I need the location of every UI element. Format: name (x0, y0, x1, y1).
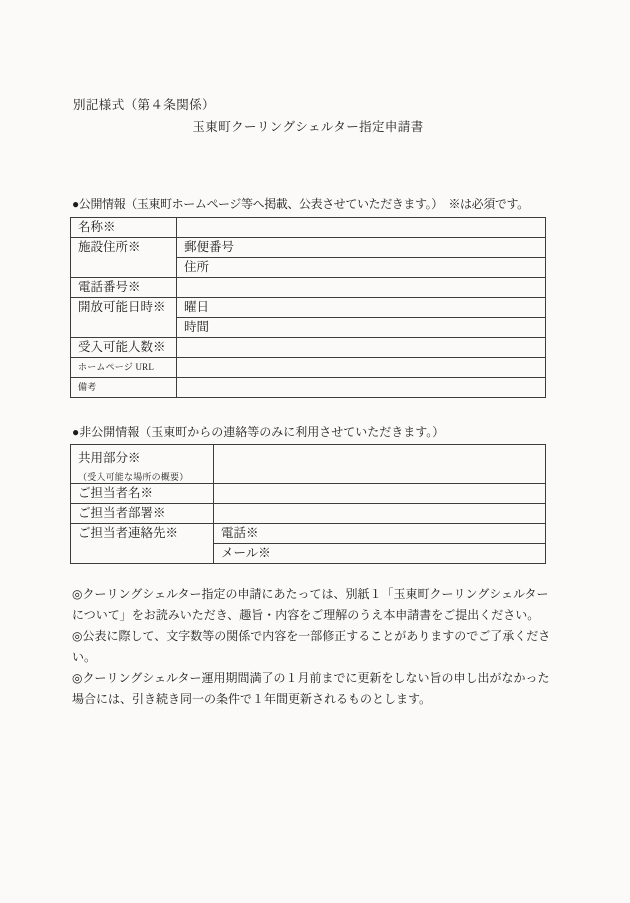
document-title: 玉東町クーリングシェルター指定申請書 (70, 117, 546, 135)
contact-name-label: ご担当者名※ (71, 484, 214, 504)
contact-name-value-cell (214, 484, 546, 504)
homepage-url-value-cell (177, 358, 546, 378)
email-cell: メール※ (214, 544, 546, 564)
table-row: ホームページ URL (71, 358, 546, 378)
table-row: ご担当者連絡先※ 電話※ (71, 524, 546, 544)
note-publication: ◎公表に際して、文字数等の関係で内容を一部修正することがありますのでご了承くださ… (72, 626, 554, 668)
contact-info-label: ご担当者連絡先※ (71, 524, 214, 564)
shared-area-value-cell (214, 445, 546, 484)
note-application: ◎クーリングシェルター指定の申請にあたっては、別紙１「玉東町クーリングシェルター… (72, 584, 554, 626)
contact-department-value-cell (214, 504, 546, 524)
shared-area-label-text: 共用部分※ (78, 448, 209, 466)
private-info-table: 共用部分※ （受入可能な場所の概要） ご担当者名※ ご担当者部署※ ご担当者連絡… (70, 444, 546, 564)
facility-name-value-cell (177, 218, 546, 238)
remarks-label: 備考 (71, 378, 177, 398)
homepage-url-label: ホームページ URL (71, 358, 177, 378)
table-row: ご担当者名※ (71, 484, 546, 504)
table-row: 共用部分※ （受入可能な場所の概要） (71, 445, 546, 484)
table-row: 開放可能日時※ 曜日 (71, 298, 546, 318)
shared-area-label: 共用部分※ （受入可能な場所の概要） (71, 445, 214, 484)
private-info-section-heading: ●非公開情報（玉東町からの連絡等のみに利用させていただきます。） (72, 423, 444, 440)
hours-cell: 時間 (177, 318, 546, 338)
tel-cell: 電話※ (214, 524, 546, 544)
remarks-value-cell (177, 378, 546, 398)
postal-code-cell: 郵便番号 (177, 238, 546, 258)
table-row: 備考 (71, 378, 546, 398)
phone-value-cell (177, 278, 546, 298)
phone-label: 電話番号※ (71, 278, 177, 298)
open-days-hours-label: 開放可能日時※ (71, 298, 177, 338)
facility-name-label: 名称※ (71, 218, 177, 238)
capacity-value-cell (177, 338, 546, 358)
day-of-week-cell: 曜日 (177, 298, 546, 318)
table-row: ご担当者部署※ (71, 504, 546, 524)
address-cell: 住所 (177, 258, 546, 278)
table-row: 名称※ (71, 218, 546, 238)
facility-address-label: 施設住所※ (71, 238, 177, 278)
form-reference-note: 別記様式（第４条関係） (73, 95, 215, 113)
table-row: 施設住所※ 郵便番号 (71, 238, 546, 258)
public-info-section-heading: ●公開情報（玉東町ホームページ等へ掲載、公表させていただきます。） ※は必須です… (72, 195, 529, 212)
table-row: 電話番号※ (71, 278, 546, 298)
application-form-page: 別記様式（第４条関係） 玉東町クーリングシェルター指定申請書 ●公開情報（玉東町… (0, 0, 630, 903)
public-info-table: 名称※ 施設住所※ 郵便番号 住所 電話番号※ 開放可能日時※ 曜日 時間 (70, 217, 546, 398)
contact-department-label: ご担当者部署※ (71, 504, 214, 524)
table-row: 受入可能人数※ (71, 338, 546, 358)
shared-area-sub-note: （受入可能な場所の概要） (78, 470, 209, 483)
footer-notes: ◎クーリングシェルター指定の申請にあたっては、別紙１「玉東町クーリングシェルター… (72, 584, 554, 710)
capacity-label: 受入可能人数※ (71, 338, 177, 358)
note-renewal: ◎クーリングシェルター運用期間満了の１月前までに更新をしない旨の申し出がなかった… (72, 668, 554, 710)
